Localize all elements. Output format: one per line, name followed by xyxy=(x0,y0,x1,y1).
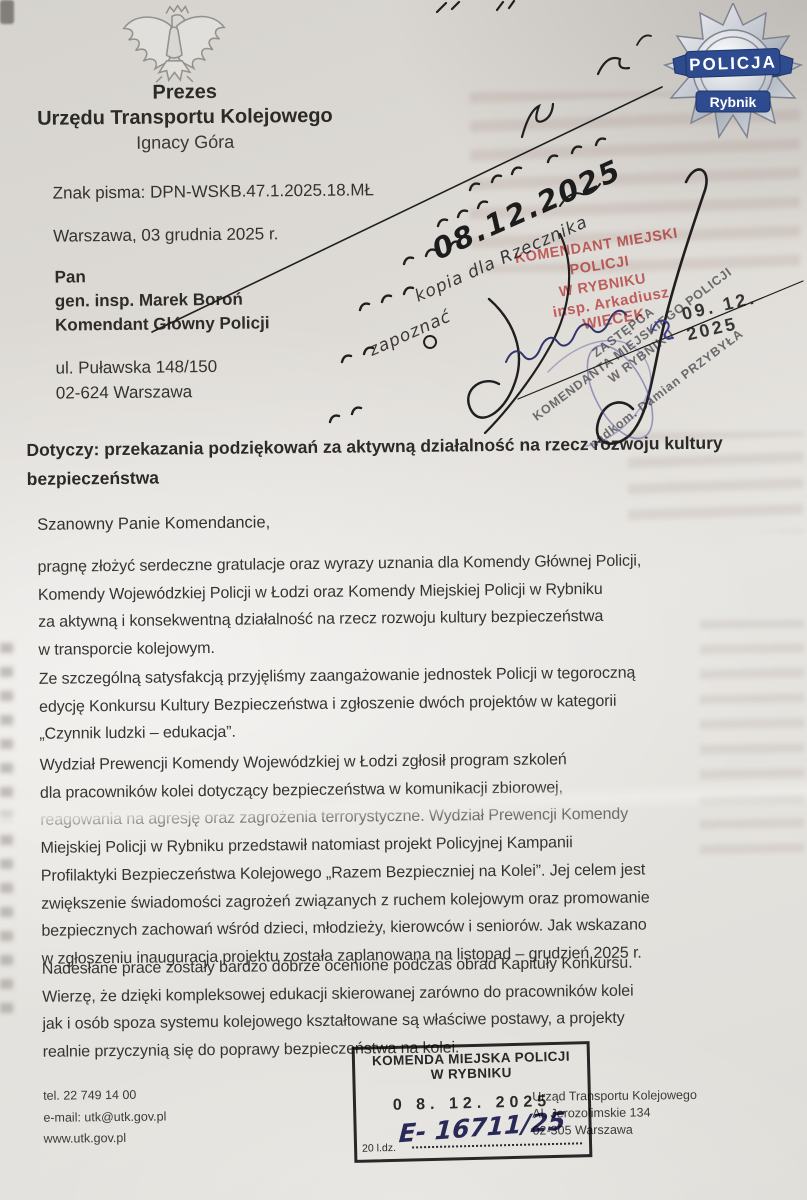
footer-tel: tel. 22 749 14 00 xyxy=(43,1085,166,1108)
addressee-line: Pan xyxy=(54,263,269,289)
sender-name: Ignacy Góra xyxy=(20,129,350,157)
subject-block: Dotyczy: przekazania podziękowań za akty… xyxy=(26,428,787,494)
police-badge-rybnik-icon: POLICJA Rybnik xyxy=(663,3,803,141)
badge-text-policja: POLICJA xyxy=(689,52,777,74)
paragraph-3: Wydział Prewencji Komendy Wojewódzkiej w… xyxy=(40,745,651,973)
addressee-address: ul. Puławska 148/150 02-624 Warszawa xyxy=(55,354,217,406)
dateline: Warszawa, 03 grudnia 2025 r. xyxy=(53,224,278,246)
sender-title: Prezes xyxy=(20,79,350,107)
badge-text-rybnik: Rybnik xyxy=(710,94,757,110)
paragraph-1: pragnę złożyć serdeczne gratulacje oraz … xyxy=(37,548,642,665)
letter-body: Prezes Urzędu Transportu Kolejowego Igna… xyxy=(0,0,807,1200)
body-line: „Czynnik ludzki – edukacja”. xyxy=(39,715,636,749)
reference-number: Znak pisma: DPN-WSKB.47.1.2025.18.MŁ xyxy=(53,180,374,203)
addressee-city: 02-624 Warszawa xyxy=(56,379,218,406)
sender-org: Urzędu Transportu Kolejowego xyxy=(20,104,350,132)
footer-contact: tel. 22 749 14 00 e-mail: utk@utk.gov.pl… xyxy=(43,1085,167,1151)
polish-eagle-emblem xyxy=(116,4,233,85)
footer-email: e-mail: utk@utk.gov.pl xyxy=(43,1106,166,1129)
addressee-line: Komendant Główny Policji xyxy=(55,311,270,337)
registry-ldz-label: 20 l.dz. xyxy=(362,1142,396,1155)
scanned-letter-page: Prezes Urzędu Transportu Kolejowego Igna… xyxy=(0,0,807,1200)
registry-stamp-box: KOMENDA MIEJSKA POLICJI W RYBNIKU 0 8. 1… xyxy=(352,1041,593,1163)
addressee-line: gen. insp. Marek Boroń xyxy=(55,287,270,313)
footer-www: www.utk.gov.pl xyxy=(44,1128,167,1151)
sender-block: Prezes Urzędu Transportu Kolejowego Igna… xyxy=(20,79,351,157)
salutation: Szanowny Panie Komendancie, xyxy=(37,513,270,534)
addressee-street: ul. Puławska 148/150 xyxy=(55,354,217,381)
paragraph-2: Ze szczególną satysfakcją przyjęliśmy za… xyxy=(39,660,636,749)
addressee-block: Pan gen. insp. Marek Boroń Komendant Głó… xyxy=(54,263,269,337)
